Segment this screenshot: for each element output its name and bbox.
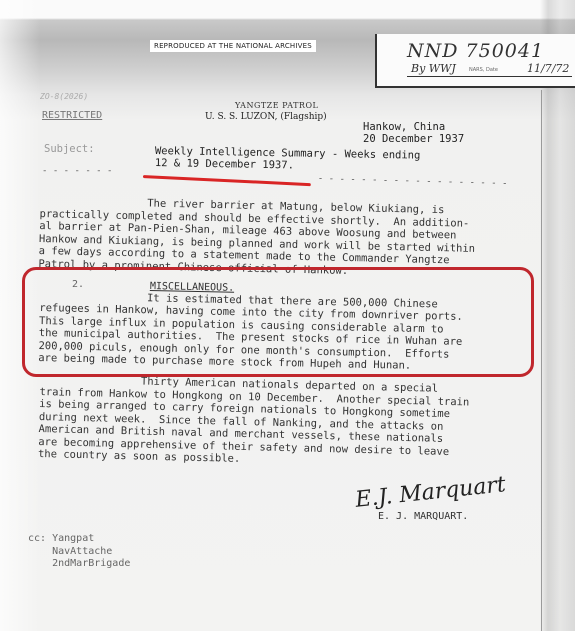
typed-signer-name: E. J. MARQUART.: [378, 511, 468, 522]
classification-label: RESTRICTED: [42, 109, 102, 122]
red-highlight-box-annotation: [22, 267, 534, 377]
subject-line-2: 12 & 19 December 1937.: [155, 157, 294, 172]
declassification-stamp: NND 750041 By WWJ NARS, Date 11/7/72: [375, 34, 575, 88]
carbon-copy-list: cc: Yangpat NavAttache 2ndMarBrigade: [28, 533, 130, 571]
cc-line: NavAttache: [28, 546, 130, 559]
vessel-name: U. S. S. LUZON, (Flagship): [205, 111, 327, 124]
subject-label: Subject:: [44, 143, 95, 156]
red-underline-annotation: [143, 175, 311, 186]
form-number: ZO-8(2026): [40, 90, 88, 103]
stamp-by: By WWJ: [411, 62, 456, 75]
archive-label: REPRODUCED AT THE NATIONAL ARCHIVES: [150, 40, 316, 52]
stamp-date: 11/7/72: [527, 62, 569, 75]
page-edge-shadow: [541, 90, 542, 631]
cc-line: 2ndMarBrigade: [28, 558, 130, 571]
document-date: 20 December 1937: [363, 133, 464, 146]
cc-recipient: 2ndMarBrigade: [52, 558, 130, 569]
stamp-line: [407, 76, 572, 77]
stamp-agency: NARS, Date: [469, 67, 498, 73]
cc-line: cc: Yangpat: [28, 533, 130, 546]
subject-dashes-right: - - - - - - - - - - - - - - - - - -: [318, 173, 508, 191]
handwritten-signature: E.J. Marquart: [354, 472, 507, 513]
cc-recipient: NavAttache: [52, 546, 112, 557]
stamp-number: NND 750041: [407, 40, 544, 62]
cc-recipient: Yangpat: [52, 533, 94, 544]
cc-label: cc:: [28, 533, 46, 544]
scanned-document-page: REPRODUCED AT THE NATIONAL ARCHIVES NND …: [0, 0, 575, 631]
paragraph-american-nationals: Thirty American nationals departed on a …: [38, 373, 540, 473]
subject-dashes-left: - - - - - - -: [42, 165, 112, 178]
